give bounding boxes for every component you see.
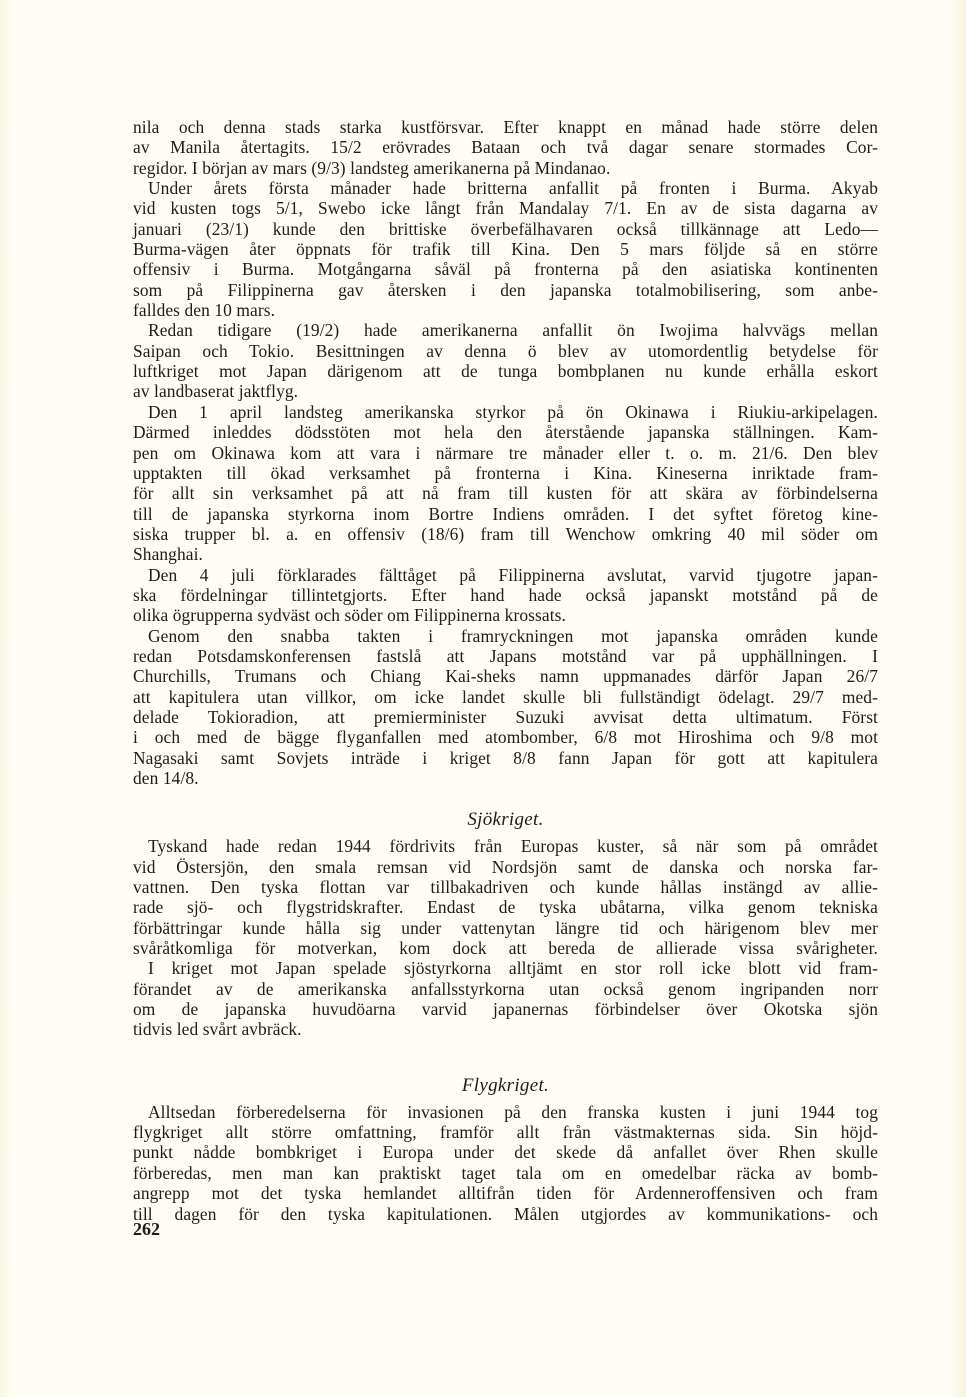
text-line: som på Filippinerna gav återsken i den j… <box>133 280 878 300</box>
page-number: 262 <box>133 1219 160 1240</box>
text-line: upptakten till ökad verksamhet på fronte… <box>133 463 878 483</box>
paragraph-start-line: Under årets första månader hade brittern… <box>133 178 878 198</box>
text-line: Saipan och Tokio. Besittningen av denna … <box>133 341 878 361</box>
text-line: siska trupper bl. a. en offensiv (18/6) … <box>133 524 878 544</box>
text-line: delade Tokioradion, att premierminister … <box>133 707 878 727</box>
text-line: pen om Okinawa kom att vara i närmare tr… <box>133 443 878 463</box>
text-line: ska fördelningar tillintetgjorts. Efter … <box>133 585 878 605</box>
paragraph-start-line: Den 1 april landsteg amerikanska styrkor… <box>133 402 878 422</box>
text-line: i och med de bägge flyganfallen med atom… <box>133 727 878 747</box>
text-line: den 14/8. <box>133 768 878 788</box>
text-line: regidor. I början av mars (9/3) landsteg… <box>133 158 878 178</box>
section-heading-sjokriget: Sjökriget. <box>133 810 878 830</box>
text-line: olika ögrupperna sydväst och söder om Fi… <box>133 605 878 625</box>
section-air-war: Flygkriget. Alltsedan förberedelserna fö… <box>133 1076 878 1224</box>
text-line: tidvis led svårt avbräck. <box>133 1019 878 1039</box>
text-line: redan Potsdamskonferensen fastslå att Ja… <box>133 646 878 666</box>
text-line: punkt nådde bombkriget i Europa under de… <box>133 1142 878 1162</box>
text-line: angrepp mot det tyska hemlandet alltifrå… <box>133 1183 878 1203</box>
text-line: vid kusten togs 5/1, Swebo icke långt fr… <box>133 198 878 218</box>
section-naval-war: Sjökriget. Tyskand hade redan 1944 fördr… <box>133 810 878 1039</box>
paragraph-start-line: I kriget mot Japan spelade sjöstyrkorna … <box>133 958 878 978</box>
text-line: rade sjö- och flygstridskrafter. Endast … <box>133 897 878 917</box>
text-line: förandet av de amerikanska anfallsstyrko… <box>133 979 878 999</box>
text-line: av Manila återtagits. 15/2 erövrades Bat… <box>133 137 878 157</box>
paragraph-start-line: Genom den snabba takten i framryckningen… <box>133 626 878 646</box>
text-line: nila och denna stads starka kustförsvar.… <box>133 117 878 137</box>
text-line: för allt sin verksamhet på att nå fram t… <box>133 483 878 503</box>
paragraph-start-line: Den 4 juli förklarades fälttåget på Fili… <box>133 565 878 585</box>
text-line: Därmed inleddes dödsstöten mot hela den … <box>133 422 878 442</box>
text-line: januari (23/1) kunde den brittiske överb… <box>133 219 878 239</box>
text-line: offensiv i Burma. Motgångarna såväl på f… <box>133 259 878 279</box>
text-line: till de japanska styrkorna inom Bortre I… <box>133 504 878 524</box>
text-line: att kapitulera utan villkor, om icke lan… <box>133 687 878 707</box>
text-line: falldes den 10 mars. <box>133 300 878 320</box>
section-pacific-war: nila och denna stads starka kustförsvar.… <box>133 117 878 788</box>
text-line: av landbaserat jaktflyg. <box>133 381 878 401</box>
text-line: förbättringar kunde hålla sig under vatt… <box>133 918 878 938</box>
paragraph-start-line: Tyskand hade redan 1944 fördrivits från … <box>133 836 878 856</box>
text-line: förberedas, men man kan praktiskt taget … <box>133 1163 878 1183</box>
text-line: Burma-vägen åter öppnats för trafik till… <box>133 239 878 259</box>
text-line: om de japanska huvudöarna varvid japaner… <box>133 999 878 1019</box>
text-line: vid Östersjön, den smala remsan vid Nord… <box>133 857 878 877</box>
text-line: Shanghai. <box>133 544 878 564</box>
text-line: luftkriget mot Japan därigenom att de tu… <box>133 361 878 381</box>
paragraph-start-line: Alltsedan förberedelserna för invasionen… <box>133 1102 878 1122</box>
text-line: vattnen. Den tyska flottan var tillbakad… <box>133 877 878 897</box>
paragraph-start-line: Redan tidigare (19/2) hade amerikanerna … <box>133 320 878 340</box>
text-line: svåråtkomliga för motverkan, kom dock at… <box>133 938 878 958</box>
text-line: Nagasaki samt Sovjets inträde i kriget 8… <box>133 748 878 768</box>
text-line: till dagen för den tyska kapitulationen.… <box>133 1204 878 1224</box>
text-line: flygkriget allt större omfattning, framf… <box>133 1122 878 1142</box>
text-line: Churchills, Trumans och Chiang Kai-sheks… <box>133 666 878 686</box>
section-heading-flygkriget: Flygkriget. <box>133 1076 878 1096</box>
book-page-text: nila och denna stads starka kustförsvar.… <box>133 117 878 1224</box>
